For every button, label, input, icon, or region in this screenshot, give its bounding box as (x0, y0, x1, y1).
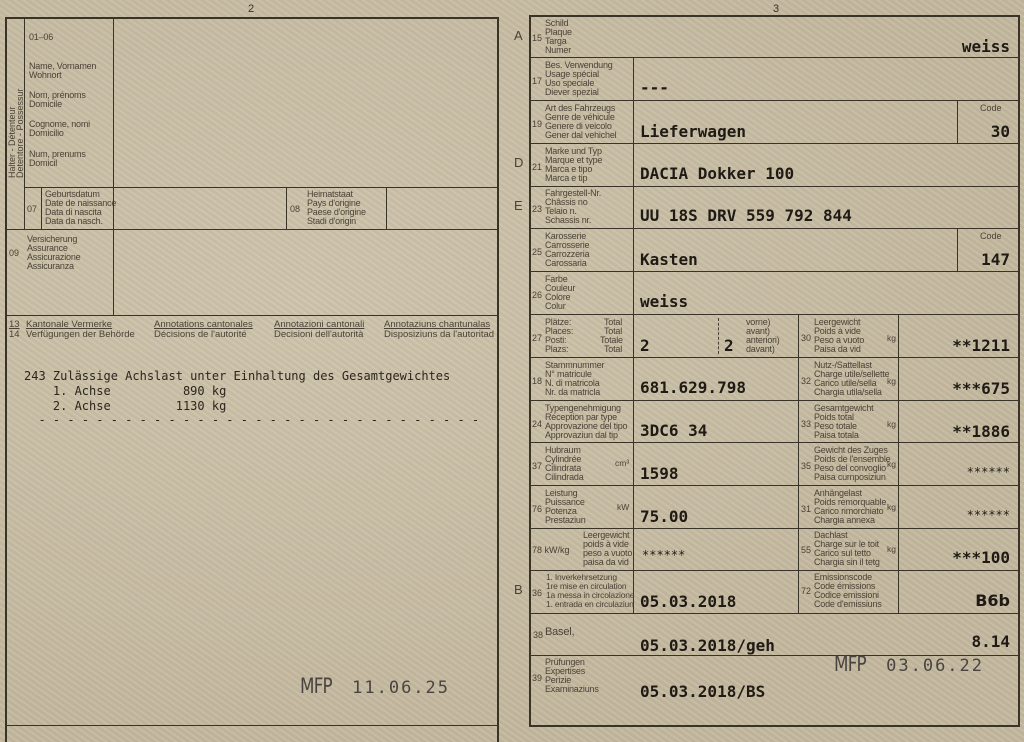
right-half-divider (798, 314, 799, 613)
letter-d: D (514, 155, 523, 170)
power-weight-value[interactable]: ****** (642, 548, 685, 562)
annotation-de-2: Verfügungen der Behörde (26, 330, 135, 340)
issue-place-label: Basel, (545, 628, 574, 638)
left-frame-right (497, 17, 499, 742)
field-78-num: 78 kW/kg (532, 545, 570, 555)
field-31-num: 31 (801, 504, 811, 514)
row-sep (529, 143, 1020, 144)
field-78-label: paisa da vid (583, 558, 629, 568)
type-approval-value[interactable]: 3DC6 34 (640, 421, 707, 440)
row-sep (529, 528, 1020, 529)
mfp-stamp-logo-icon: MFP (834, 652, 866, 676)
field-35-label: Paisa cumposiziun (814, 473, 886, 483)
field-26-label: Colur (545, 302, 566, 312)
field-39-label: Examinaziuns (545, 685, 599, 695)
field-30-num: 30 (801, 333, 811, 343)
origin-number: 08 (290, 204, 300, 214)
annotation-it-2: Decisioni dell'autorità (274, 330, 363, 340)
holder-label-de-2: Wohnort (29, 71, 61, 81)
field-32-label: Chargia utila/sella (814, 388, 882, 398)
page-number-left: 2 (248, 3, 254, 15)
holder-vertical-label-2: Detentore - Possessur (16, 88, 25, 178)
axle-2-load: 2. Achse 1130 kg (24, 399, 226, 413)
field-17-num: 17 (532, 76, 542, 86)
annotation-rm-2: Disposiziuns da l'autoritad (384, 330, 494, 340)
field-36-num: 36 (532, 588, 542, 598)
field-21-label: Marca e tip (545, 174, 587, 184)
row-sep (529, 186, 1020, 187)
seats-front-value[interactable]: 2 (724, 336, 734, 355)
field-23-num: 23 (532, 204, 542, 214)
field-19-label: Gener dal vehichel (545, 131, 616, 141)
vehicle-type-code-label: Code (980, 103, 1002, 113)
train-weight-value[interactable]: ****** (967, 465, 1010, 479)
holder-code: 01–06 (29, 33, 53, 43)
left-stamp: MFP 11.06.25 (300, 674, 450, 698)
right-value-divider (898, 314, 899, 613)
left-frame-bottom (5, 725, 499, 726)
seats-total-value[interactable]: 2 (640, 336, 650, 355)
birth-date-field[interactable] (114, 188, 287, 229)
field-33-unit: kg (887, 419, 896, 429)
birth-label-rm: Data da nasch. (45, 217, 103, 227)
letter-b: B (514, 582, 523, 597)
field-17-label: Diever spezial (545, 88, 599, 98)
field-27-total: Total (604, 345, 622, 355)
body-type-code[interactable]: 147 (981, 250, 1010, 269)
field-26-num: 26 (532, 290, 542, 300)
right-frame-left (529, 15, 531, 727)
field-24-label: Approvaziun dal tip (545, 431, 618, 441)
field-55-unit: kg (887, 544, 896, 554)
field-55-num: 55 (801, 545, 811, 555)
matriculation-number-value[interactable]: 681.629.798 (640, 378, 746, 397)
letter-e: E (514, 198, 523, 213)
first-registration-value[interactable]: 05.03.2018 (640, 592, 736, 611)
field-18-label: Nr. da matricla (545, 388, 600, 398)
origin-left-divider (286, 187, 287, 229)
trailer-load-value[interactable]: ****** (967, 508, 1010, 522)
field-30-label: Paisa da vid (814, 345, 861, 355)
field-35-unit: kg (887, 459, 896, 469)
row-sep (529, 271, 1020, 272)
vehicle-type-code[interactable]: 30 (991, 122, 1010, 141)
roof-load-value[interactable]: ***100 (952, 548, 1010, 567)
field-27-num: 27 (532, 333, 542, 343)
code-divider-19 (957, 100, 958, 143)
right-frame-top (529, 15, 1020, 17)
row-sep (529, 100, 1020, 101)
vehicle-type-value[interactable]: Lieferwagen (640, 122, 746, 141)
row-sep (529, 314, 1020, 315)
row-sep (529, 613, 1020, 614)
row-sep (529, 485, 1020, 486)
power-value[interactable]: 75.00 (640, 507, 688, 526)
holder-label-fr-2: Domicile (29, 100, 62, 110)
axle-1-load: 1. Achse 890 kg (24, 384, 226, 398)
row-sep (529, 357, 1020, 358)
seats-brace (718, 318, 719, 354)
field-31-label: Chargia annexa (814, 516, 875, 526)
birth-number: 07 (27, 204, 37, 214)
field-19-num: 19 (532, 119, 542, 129)
body-type-code-label: Code (980, 231, 1002, 241)
field-32-unit: kg (887, 376, 896, 386)
field-30-unit: kg (887, 333, 896, 343)
insurance-label-rm: Assicuranza (27, 262, 74, 272)
displacement-value[interactable]: 1598 (640, 464, 679, 483)
row-sep (529, 570, 1020, 571)
field-31-unit: kg (887, 502, 896, 512)
insurance-number: 09 (9, 248, 19, 258)
field-33-num: 33 (801, 419, 811, 429)
field-37-label: Cilindrada (545, 473, 584, 483)
body-type-value[interactable]: Kasten (640, 250, 698, 269)
field-36-label: 1. entrada en circulaziun (546, 600, 634, 610)
holder-field[interactable] (114, 18, 497, 187)
special-use-value[interactable]: --- (640, 78, 669, 97)
field-24-num: 24 (532, 419, 542, 429)
plate-value[interactable]: weiss (962, 37, 1010, 56)
annotation-num-14: 14 (9, 330, 20, 340)
field-37-unit: cm³ (615, 458, 629, 468)
field-35-num: 35 (801, 461, 811, 471)
code-divider-25 (957, 228, 958, 271)
row-sep (529, 57, 1020, 58)
annotation-fr-2: Décisions de l'autorité (154, 330, 247, 340)
issue-extra-value[interactable]: 8.14 (971, 632, 1010, 651)
field-15-label: Numer (545, 46, 571, 56)
right-frame-bottom (529, 725, 1020, 727)
field-15-num: 15 (532, 33, 542, 43)
field-25-num: 25 (532, 247, 542, 257)
empty-weight-value[interactable]: **1211 (952, 336, 1010, 355)
right-stamp-date: 03.06.22 (886, 656, 984, 676)
make-model-value[interactable]: DACIA Dokker 100 (640, 164, 794, 183)
origin-field[interactable] (387, 188, 497, 229)
field-32-num: 32 (801, 376, 811, 386)
field-33-label: Paisa totala (814, 431, 859, 441)
front-seat-label: davant) (746, 345, 775, 355)
birth-num-divider (41, 187, 42, 229)
chassis-number-value[interactable]: UU 18S DRV 559 792 844 (640, 206, 852, 225)
right-frame-right (1018, 15, 1020, 727)
value-column-divider (633, 57, 634, 613)
field-39-num: 39 (532, 673, 542, 683)
field-72-label: Code d'emissiuns (814, 600, 882, 610)
field-37-num: 37 (532, 461, 542, 471)
insurance-field[interactable] (114, 230, 497, 315)
emission-code-value[interactable]: B6b (975, 591, 1010, 610)
field-21-num: 21 (532, 162, 542, 172)
letter-a: A (514, 28, 523, 43)
mfp-stamp-logo-icon: MFP (300, 674, 332, 698)
field-27-label: Plazs: (545, 345, 568, 355)
field-25-label: Carossaria (545, 259, 587, 269)
row-sep (529, 442, 1020, 443)
field-76-unit: kW (617, 502, 629, 512)
holder-label-rm-2: Domicil (29, 159, 57, 169)
color-value[interactable]: weiss (640, 292, 688, 311)
field-38-num: 38 (533, 630, 543, 640)
field-76-num: 76 (532, 504, 542, 514)
inspection-value[interactable]: 05.03.2018/BS (640, 682, 765, 701)
field-72-num: 72 (801, 586, 811, 596)
row-sep (529, 400, 1020, 401)
origin-label-rm: Stadi d'origin (307, 217, 356, 227)
axle-note-separator: - - - - - - - - - - - - - - - - - - - - … (24, 413, 479, 427)
right-stamp: MFP 03.06.22 (834, 652, 984, 676)
row-sep (529, 228, 1020, 229)
page-number-right: 3 (773, 3, 779, 15)
field-55-label: Chargia sin il tetg (814, 558, 880, 568)
holder-label-it-2: Domicilio (29, 129, 64, 139)
field-23-label: Schassis nr. (545, 216, 591, 226)
total-weight-value[interactable]: **1886 (952, 422, 1010, 441)
annotations-top (5, 315, 499, 316)
field-18-num: 18 (532, 376, 542, 386)
payload-value[interactable]: ***675 (952, 379, 1010, 398)
field-76-label: Prestaziun (545, 516, 586, 526)
issue-date-value[interactable]: 05.03.2018/geh (640, 636, 775, 655)
axle-load-title: 243 Zulässige Achslast unter Einhaltung … (24, 369, 450, 383)
left-stamp-date: 11.06.25 (352, 678, 450, 698)
